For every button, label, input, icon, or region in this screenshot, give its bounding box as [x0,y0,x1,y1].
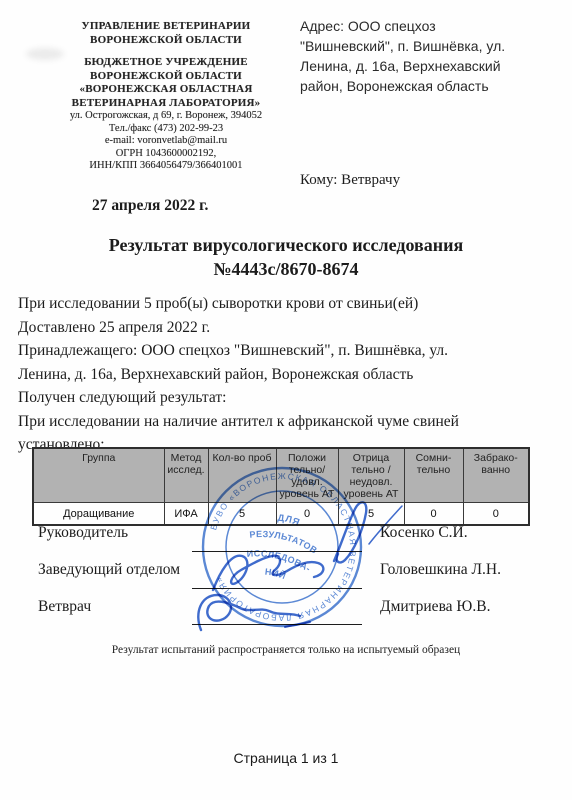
org-contacts: ул. Острогожская, д 69, г. Воронеж, 3940… [28,110,304,173]
svg-text:ДЛЯ: ДЛЯ [276,512,302,529]
org-contact-line: Тел./факс (473) 202-99-23 [28,123,304,136]
org-institution-line: ВЕТЕРИНАРНАЯ ЛАБОРАТОРИЯ» [28,97,304,111]
document-title-line: Результат вирусологического исследования [0,233,572,257]
org-header-block: УПРАВЛЕНИЕ ВЕТЕРИНАРИИ ВОРОНЕЖСКОЙ ОБЛАС… [28,20,304,173]
address-line: район, Воронежская область [300,76,562,96]
body-paragraph-line: Доставлено 25 апреля 2022 г. [18,316,558,340]
org-institution-line: БЮДЖЕТНОЕ УЧРЕЖДЕНИЕ [28,56,304,70]
recipient-address-block: Адрес: ООО спецхоз "Вишневский", п. Вишн… [300,16,562,96]
org-contact-line: ИНН/КПП 3664056479/366401001 [28,160,304,173]
stamp-center-text-line: НИЙ [263,565,288,582]
col-header-group: Группа [33,448,164,503]
signatory-name: Дмитриева Ю.В. [380,598,490,616]
org-authority-line: УПРАВЛЕНИЕ ВЕТЕРИНАРИИ [28,20,304,34]
document-number: №4443с/8670-8674 [0,257,572,281]
body-paragraph-line: Ленина, д. 16а, Верхнехавский район, Вор… [18,363,558,387]
cell-doubtful: 0 [404,503,463,526]
col-header-rejected: Забрако- ванно [463,448,529,503]
body-paragraph-line: При исследовании 5 проб(ы) сыворотки кро… [18,292,558,316]
document-title: Результат вирусологического исследования… [0,233,572,281]
body-paragraph-line: Принадлежащего: ООО спецхоз "Вишневский"… [18,339,558,363]
page-number: Страница 1 из 1 [0,750,572,766]
signature-label: Ветврач [38,598,91,616]
address-line: Адрес: ООО спецхоз [300,16,562,36]
org-authority: УПРАВЛЕНИЕ ВЕТЕРИНАРИИ ВОРОНЕЖСКОЙ ОБЛАС… [28,20,304,47]
org-contact-line: e-mail: voronvetlab@mail.ru [28,135,304,148]
org-authority-line: ВОРОНЕЖСКОЙ ОБЛАСТИ [28,34,304,48]
body-paragraph-line: Получен следующий результат: [18,386,558,410]
cell-rejected: 0 [463,503,529,526]
signatory-name: Головешкина Л.Н. [380,561,501,579]
signature-label: Заведующий отделом [38,561,180,579]
official-stamp: БУВО «ВОРОНЕЖСКАЯ ОБЛАСТНАЯ ВЕТЕРИНАРНАЯ… [197,462,367,632]
org-institution-line: «ВОРОНЕЖСКАЯ ОБЛАСТНАЯ [28,83,304,97]
stamp-inner-circle [226,491,338,603]
stamp-center-text-line: ДЛЯ [276,512,302,529]
body-text: При исследовании 5 проб(ы) сыворотки кро… [18,292,558,457]
signature-label: Руководитель [38,524,128,542]
org-contact-line: ул. Острогожская, д 69, г. Воронеж, 3940… [28,110,304,123]
footer-note: Результат испытаний распространяется тол… [0,644,572,656]
col-header-doubtful: Сомни- тельно [404,448,463,503]
scanned-document-page: УПРАВЛЕНИЕ ВЕТЕРИНАРИИ ВОРОНЕЖСКОЙ ОБЛАС… [0,0,572,800]
cell-group: Доращивание [33,503,164,526]
address-line: "Вишневский", п. Вишнёвка, ул. [300,36,562,56]
address-line: Ленина, д. 16а, Верхнехавский [300,56,562,76]
svg-text:БУВО «ВОРОНЕЖСКАЯ ОБЛАСТНАЯ В: БУВО «ВОРОНЕЖСКАЯ ОБЛАСТНАЯ ВЕТЕРИНАРНАЯ… [197,462,367,632]
org-contact-line: ОГРН 1043600002192, [28,148,304,161]
body-paragraph-line: При исследовании на наличие антител к аф… [18,410,558,434]
org-institution-line: ВОРОНЕЖСКОЙ ОБЛАСТИ [28,70,304,84]
document-date: 27 апреля 2022 г. [92,197,208,215]
svg-text:НИЙ: НИЙ [263,565,288,582]
recipient-to-line: Кому: Ветврачу [300,172,400,189]
stamp-ring-text: БУВО «ВОРОНЕЖСКАЯ ОБЛАСТНАЯ ВЕТЕРИНАРНАЯ… [197,462,367,632]
signatory-name: Косенко С.И. [380,524,468,542]
org-institution: БЮДЖЕТНОЕ УЧРЕЖДЕНИЕ ВОРОНЕЖСКОЙ ОБЛАСТИ… [28,56,304,110]
